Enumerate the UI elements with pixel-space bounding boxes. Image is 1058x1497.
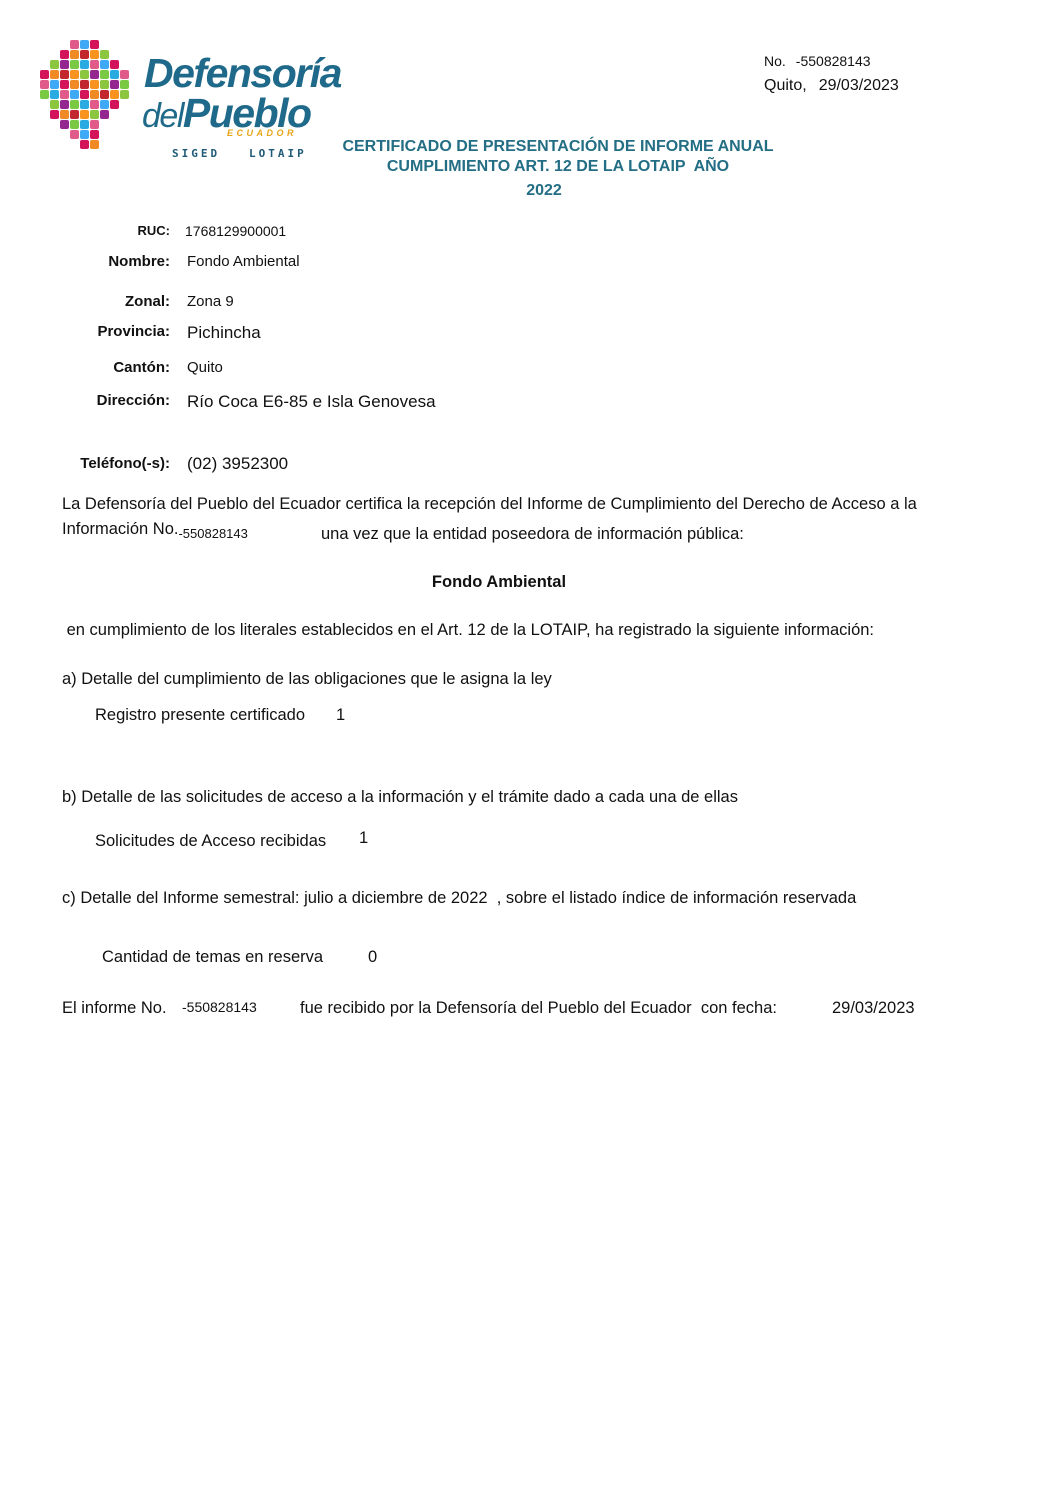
entity-name-heading: Fondo Ambiental xyxy=(0,573,998,592)
mosaic-tile xyxy=(40,90,49,99)
field-value-telefono: (02) 3952300 xyxy=(187,454,288,474)
mosaic-tile xyxy=(110,90,119,99)
mosaic-tile xyxy=(60,70,69,79)
number-label: No. xyxy=(764,53,786,69)
closing-middle: fue recibido por la Defensoría del Puebl… xyxy=(300,999,777,1018)
field-label-zonal: Zonal: xyxy=(125,293,170,310)
compliance-text: en cumplimiento de los literales estable… xyxy=(62,621,874,640)
logo-text-del: del xyxy=(142,97,183,135)
field-label-direccion: Dirección: xyxy=(97,392,170,409)
mosaic-tile xyxy=(80,80,89,89)
section-c-year: 2022 xyxy=(451,889,488,907)
section-c-item-label: Cantidad de temas en reserva xyxy=(102,948,323,967)
mosaic-tile xyxy=(60,120,69,129)
section-c-prefix: c) Detalle del Informe semestral: julio … xyxy=(62,889,446,907)
intro-suffix: una vez que la entidad poseedora de info… xyxy=(321,525,744,544)
mosaic-tile xyxy=(90,50,99,59)
mosaic-tile xyxy=(70,120,79,129)
mosaic-tile xyxy=(70,50,79,59)
mosaic-tile xyxy=(110,80,119,89)
section-a-item-label: Registro presente certificado xyxy=(95,706,305,725)
mosaic-tile xyxy=(120,80,129,89)
field-value-ruc: 1768129900001 xyxy=(185,223,286,239)
mosaic-tile xyxy=(90,60,99,69)
section-b-heading: b) Detalle de las solicitudes de acceso … xyxy=(62,788,738,807)
title-year: 2022 xyxy=(300,182,788,200)
logo-country: ECUADOR xyxy=(227,128,297,138)
mosaic-tile xyxy=(50,90,59,99)
date-value: 29/03/2023 xyxy=(819,77,899,94)
mosaic-tile xyxy=(60,80,69,89)
certificate-number: No.-550828143 xyxy=(764,53,871,69)
defensoria-logo: Defensoría delPueblo ECUADOR SIGED LOTAI… xyxy=(36,36,312,170)
mosaic-tile xyxy=(90,70,99,79)
logo-system: SIGED LOTAIP xyxy=(172,147,307,160)
section-c-suffix: , sobre el listado índice de información… xyxy=(497,889,857,907)
mosaic-tile xyxy=(50,100,59,109)
mosaic-tile xyxy=(100,110,109,119)
mosaic-tile xyxy=(90,120,99,129)
mosaic-tile xyxy=(70,110,79,119)
closing-number: -550828143 xyxy=(182,999,257,1015)
section-b-item-label: Solicitudes de Acceso recibidas xyxy=(95,832,326,851)
mosaic-tile xyxy=(110,70,119,79)
mosaic-tile xyxy=(40,80,49,89)
field-value-nombre: Fondo Ambiental xyxy=(187,253,300,270)
mosaic-tile xyxy=(90,80,99,89)
document-title: CERTIFICADO DE PRESENTACIÓN DE INFORME A… xyxy=(300,137,816,177)
mosaic-tile xyxy=(110,60,119,69)
section-c-heading: c) Detalle del Informe semestral: julio … xyxy=(62,889,856,908)
field-value-canton: Quito xyxy=(187,359,223,376)
mosaic-tile xyxy=(80,130,89,139)
mosaic-tile xyxy=(80,40,89,49)
mosaic-tile xyxy=(50,60,59,69)
mosaic-tile xyxy=(70,90,79,99)
section-c-item-value: 0 xyxy=(368,948,377,967)
closing-date: 29/03/2023 xyxy=(832,999,915,1018)
mosaic-tile xyxy=(90,110,99,119)
section-b-item-value: 1 xyxy=(359,829,368,848)
mosaic-tile xyxy=(100,70,109,79)
mosaic-tile xyxy=(80,90,89,99)
section-a-item-value: 1 xyxy=(336,706,345,725)
mosaic-tile xyxy=(70,40,79,49)
mosaic-tile xyxy=(120,70,129,79)
place-label: Quito, xyxy=(764,77,807,94)
closing-prefix: El informe No. xyxy=(62,999,167,1018)
field-label-canton: Cantón: xyxy=(113,359,170,376)
mosaic-tile xyxy=(90,140,99,149)
mosaic-tile xyxy=(100,100,109,109)
intro-line-2: Información No.-550828143 xyxy=(62,520,248,539)
section-a-heading: a) Detalle del cumplimiento de las oblig… xyxy=(62,670,552,689)
title-line-2: CUMPLIMIENTO ART. 12 DE LA LOTAIP AÑO xyxy=(300,157,816,177)
mosaic-tile xyxy=(90,100,99,109)
mosaic-tile xyxy=(80,120,89,129)
field-label-ruc: RUC: xyxy=(138,223,171,238)
mosaic-tile xyxy=(60,90,69,99)
mosaic-tile xyxy=(120,90,129,99)
place-date: Quito,29/03/2023 xyxy=(764,77,899,95)
mosaic-tile xyxy=(90,130,99,139)
mosaic-tile xyxy=(100,80,109,89)
mosaic-tile xyxy=(70,60,79,69)
field-label-provincia: Provincia: xyxy=(97,323,170,340)
intro-line-1: La Defensoría del Pueblo del Ecuador cer… xyxy=(62,495,917,514)
mosaic-tile xyxy=(50,80,59,89)
mosaic-tile xyxy=(40,70,49,79)
mosaic-tile xyxy=(80,140,89,149)
mosaic-tile xyxy=(60,60,69,69)
mosaic-tile xyxy=(100,90,109,99)
intro-number: -550828143 xyxy=(178,526,247,541)
mosaic-tile xyxy=(90,90,99,99)
mosaic-tile xyxy=(80,70,89,79)
mosaic-tile xyxy=(70,80,79,89)
mosaic-tile xyxy=(70,70,79,79)
field-value-provincia: Pichincha xyxy=(187,323,261,343)
mosaic-tile xyxy=(100,60,109,69)
field-value-zonal: Zona 9 xyxy=(187,293,234,310)
mosaic-tile xyxy=(50,110,59,119)
mosaic-tile xyxy=(70,130,79,139)
number-value: -550828143 xyxy=(796,53,871,69)
mosaic-tile xyxy=(80,110,89,119)
mosaic-tile xyxy=(110,100,119,109)
field-label-telefono: Teléfono(-s): xyxy=(80,455,170,472)
title-line-1: CERTIFICADO DE PRESENTACIÓN DE INFORME A… xyxy=(300,137,816,157)
mosaic-tile xyxy=(80,60,89,69)
mosaic-tile xyxy=(70,100,79,109)
mosaic-tile xyxy=(100,50,109,59)
intro-prefix: Información No. xyxy=(62,520,178,538)
mosaic-tile xyxy=(80,100,89,109)
mosaic-tile xyxy=(50,70,59,79)
mosaic-tile xyxy=(60,100,69,109)
mosaic-tile xyxy=(60,50,69,59)
mosaic-tile xyxy=(90,40,99,49)
mosaic-tile xyxy=(80,50,89,59)
people-mosaic-icon xyxy=(40,40,140,152)
field-value-direccion: Río Coca E6-85 e Isla Genovesa xyxy=(187,392,436,412)
mosaic-tile xyxy=(60,110,69,119)
field-label-nombre: Nombre: xyxy=(108,253,170,270)
